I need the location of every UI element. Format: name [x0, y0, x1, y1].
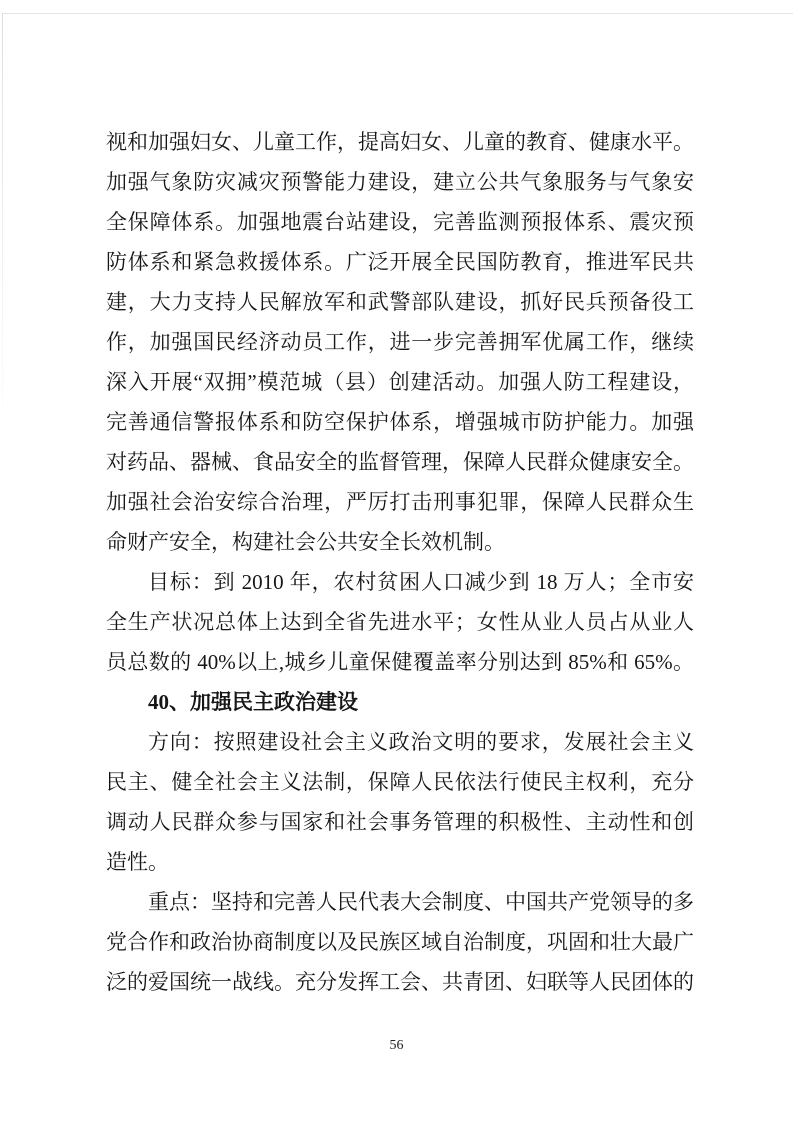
- paragraph-direction-first-line: 方向：按照建设社会主义政治文明的要求，发展社会主义: [106, 722, 694, 762]
- text-line: 防体系和紧急救援体系。广泛开展全民国防教育，推进军民共: [106, 242, 694, 282]
- page-edge-top-line: [3, 13, 793, 14]
- paragraph-focus-first-line: 重点：坚持和完善人民代表大会制度、中国共产党领导的多: [106, 882, 694, 922]
- text-line: 民主、健全社会主义法制，保障人民依法行使民主权利，充分: [106, 762, 694, 802]
- text-line: 全生产状况总体上达到全省先进水平；女性从业人员占从业人: [106, 602, 694, 642]
- page-edge-left-line: [2, 13, 3, 443]
- text-line: 建，大力支持人民解放军和武警部队建设，抓好民兵预备役工: [106, 282, 694, 322]
- section-heading-40: 40、加强民主政治建设: [106, 682, 694, 722]
- text-line: 造性。: [106, 842, 694, 882]
- text-line: 泛的爱国统一战线。充分发挥工会、共青团、妇联等人民团体的: [106, 962, 694, 1002]
- document-page: 视和加强妇女、儿童工作，提高妇女、儿童的教育、健康水平。 加强气象防灾减灾预警能…: [0, 0, 793, 1122]
- text-line: 员总数的 40%以上,城乡儿童保健覆盖率分别达到 85%和 65%。: [106, 642, 694, 682]
- text-line: 完善通信警报体系和防空保护体系，增强城市防护能力。加强: [106, 402, 694, 442]
- page-number: 56: [0, 1036, 793, 1056]
- text-line: 调动人民群众参与国家和社会事务管理的积极性、主动性和创: [106, 802, 694, 842]
- text-line: 作，加强国民经济动员工作，进一步完善拥军优属工作，继续: [106, 322, 694, 362]
- text-line: 命财产安全，构建社会公共安全长效机制。: [106, 522, 694, 562]
- text-line: 加强社会治安综合治理，严厉打击刑事犯罪，保障人民群众生: [106, 482, 694, 522]
- text-line: 加强气象防灾减灾预警能力建设，建立公共气象服务与气象安: [106, 162, 694, 202]
- text-line: 视和加强妇女、儿童工作，提高妇女、儿童的教育、健康水平。: [106, 122, 694, 162]
- text-block: 视和加强妇女、儿童工作，提高妇女、儿童的教育、健康水平。 加强气象防灾减灾预警能…: [106, 122, 694, 1002]
- text-line: 全保障体系。加强地震台站建设，完善监测预报体系、震灾预: [106, 202, 694, 242]
- text-line: 党合作和政治协商制度以及民族区域自治制度，巩固和壮大最广: [106, 922, 694, 962]
- paragraph-goal-first-line: 目标：到 2010 年，农村贫困人口减少到 18 万人；全市安: [106, 562, 694, 602]
- text-line: 深入开展“双拥”模范城（县）创建活动。加强人防工程建设，: [106, 362, 694, 402]
- text-line: 对药品、器械、食品安全的监督管理，保障人民群众健康安全。: [106, 442, 694, 482]
